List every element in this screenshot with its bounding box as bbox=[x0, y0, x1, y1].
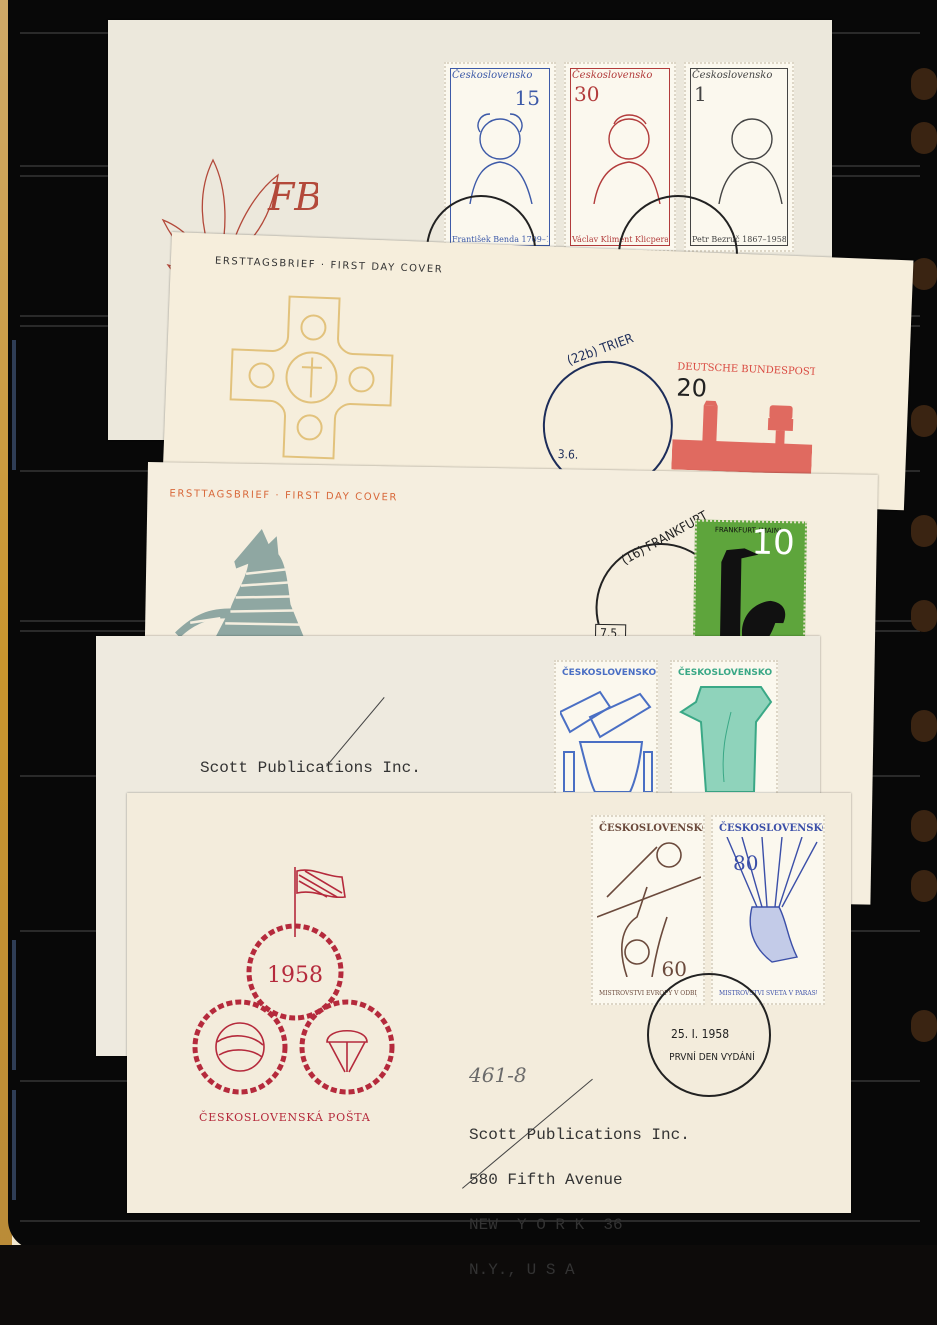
turbine-icon bbox=[560, 682, 656, 792]
svg-text:1958: 1958 bbox=[267, 963, 323, 988]
zebra-cachet-icon bbox=[175, 523, 327, 646]
postmark-praha-1958: 25. I. 1958 PRVNÍ DEN VYDÁNÍ bbox=[647, 973, 771, 1097]
cross-cachet-icon bbox=[223, 289, 399, 465]
address-line: Scott Publications Inc. bbox=[200, 761, 421, 776]
address-line: 580 Fifth Avenue bbox=[469, 1173, 690, 1188]
binder-hole bbox=[911, 810, 937, 842]
postmark-date: 25. I. 1958 bbox=[671, 1027, 729, 1041]
binder-hole bbox=[911, 710, 937, 742]
album-rail bbox=[12, 1090, 16, 1200]
stamp-glass: ČESKOSLOVENSKO bbox=[670, 660, 778, 796]
album-rail bbox=[12, 340, 16, 470]
postmark-footer: PRVNÍ DEN VYDÁNÍ bbox=[667, 1051, 757, 1065]
stamp-turbine: ČESKOSLOVENSKO bbox=[554, 660, 658, 796]
cathedral-icon bbox=[671, 399, 814, 474]
address-line: NEW Y O R K 36 bbox=[469, 1218, 690, 1233]
address-line: Scott Publications Inc. bbox=[469, 1128, 690, 1143]
album-rail bbox=[12, 940, 16, 1070]
glass-vase-icon bbox=[676, 682, 776, 792]
binder-hole bbox=[911, 515, 937, 547]
postmark-date: 3.6. bbox=[557, 447, 578, 462]
giraffe-icon bbox=[695, 542, 807, 647]
cachet-footer: ČESKOSLOVENSKÁ POŠTA bbox=[199, 1111, 371, 1124]
handwritten-catalog-number: 461-8 bbox=[469, 1063, 527, 1087]
stamp-value: 20 bbox=[676, 373, 708, 402]
stamp-country: Československo bbox=[452, 70, 532, 81]
portrait-icon bbox=[460, 104, 540, 204]
stamp-country: ČESKOSLOVENSKO bbox=[562, 668, 656, 678]
cover-header: ERSTTAGSBRIEF · FIRST DAY COVER bbox=[215, 256, 444, 276]
stamp-country: ČESKOSLOVENSKO bbox=[599, 823, 705, 834]
stamp-country: ČESKOSLOVENSKO bbox=[719, 823, 825, 834]
first-day-cover-5: 1958 ČESKOSLOVENSKÁ POŠTA ČESKOSLOVENSKO… bbox=[127, 793, 851, 1213]
stamp-country: ČESKOSLOVENSKO bbox=[678, 668, 772, 678]
binder-hole bbox=[911, 68, 937, 100]
stamp-trier: DEUTSCHE BUNDESPOST 20 bbox=[671, 359, 815, 474]
binder-hole bbox=[911, 122, 937, 154]
binder-hole bbox=[911, 405, 937, 437]
binder-hole bbox=[911, 258, 937, 290]
cover-header: ERSTTAGSBRIEF · FIRST DAY COVER bbox=[169, 488, 398, 503]
stamp-value: 80 bbox=[733, 851, 758, 875]
portrait-icon bbox=[584, 104, 664, 204]
stamp-country: Československo bbox=[692, 70, 772, 81]
wreath-cachet-icon: 1958 bbox=[177, 867, 407, 1097]
binder-hole bbox=[911, 600, 937, 632]
binder-hole bbox=[911, 870, 937, 902]
stamp-frankfurt-zoo: FRANKFURT (MAIN) 10 bbox=[693, 520, 807, 647]
binder-hole bbox=[911, 1010, 937, 1042]
stamp-value: 1 bbox=[694, 82, 707, 106]
portrait-icon bbox=[704, 104, 784, 204]
stamp-country: Československo bbox=[572, 70, 652, 81]
address-block-cover-5: Scott Publications Inc. 580 Fifth Avenue… bbox=[469, 1098, 690, 1308]
stamp-value: 30 bbox=[574, 82, 599, 106]
svg-text:FB: FB bbox=[267, 175, 318, 219]
address-line: N.Y., U S A bbox=[469, 1263, 690, 1278]
volleyball-players-icon bbox=[597, 837, 701, 977]
